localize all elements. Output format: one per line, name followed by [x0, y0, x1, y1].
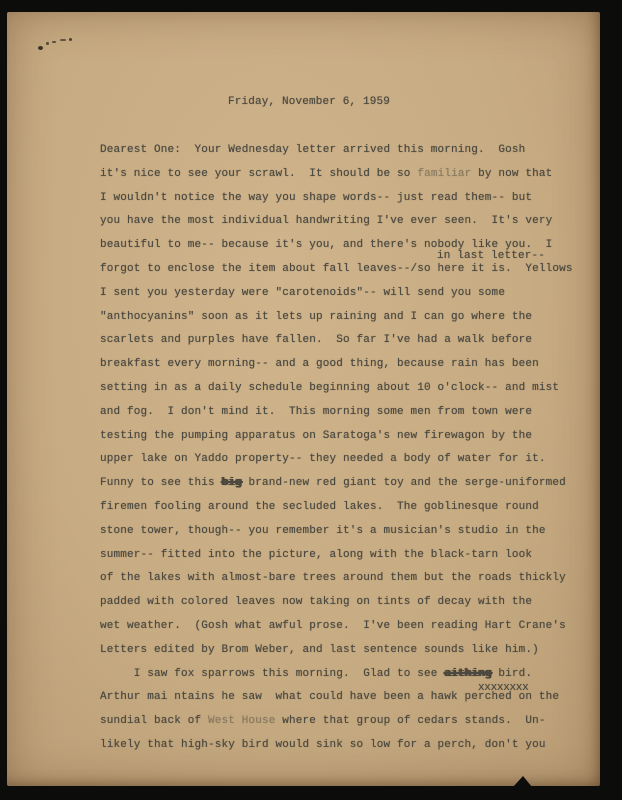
- letter-line: setting in as a daily schedule beginning…: [100, 377, 590, 401]
- letter-line: I wouldn't notice the way you shape word…: [100, 187, 590, 211]
- typed-text: testing the pumping apparatus on Saratog…: [100, 430, 532, 442]
- letter-line: sundial back of West House where that gr…: [100, 710, 590, 734]
- letter-line: testing the pumping apparatus on Saratog…: [100, 425, 590, 449]
- letter-line: Letters edited by Brom Weber, and last s…: [100, 639, 590, 663]
- typed-text: of the lakes with almost-bare trees arou…: [100, 572, 566, 584]
- date-line: Friday, November 6, 1959: [228, 95, 390, 109]
- typed-text: Dearest One: Your Wednesday letter arriv…: [100, 144, 525, 156]
- typed-text: wet weather. (Gosh what awful prose. I'v…: [100, 620, 566, 632]
- interline-insertion: in last letter--: [437, 249, 545, 263]
- typed-text: breakfast every morning-- and a good thi…: [100, 358, 539, 370]
- scan-background: Friday, November 6, 1959 Dearest One: Yo…: [0, 0, 622, 800]
- typed-text: and fog. I don't mind it. This morning s…: [100, 406, 532, 418]
- ink-speck: [52, 41, 56, 43]
- typed-text: bird.: [492, 668, 533, 680]
- letter-line: "anthocyanins" soon as it lets up rainin…: [100, 306, 590, 330]
- letter-line: padded with colored leaves now taking on…: [100, 591, 590, 615]
- ink-speck: [60, 39, 66, 41]
- letter-line: Funny to see this big brand-new red gian…: [100, 472, 590, 496]
- letter-line: I sent you yesterday were "carotenoids"-…: [100, 282, 590, 306]
- typed-text: I wouldn't notice the way you shape word…: [100, 192, 532, 204]
- struck-text: familiar: [417, 168, 471, 180]
- typed-text: Funny to see this: [100, 477, 222, 489]
- typed-crossout: xxxxxxxx: [478, 681, 528, 695]
- typed-text: upper lake on Yaddo property-- they need…: [100, 453, 546, 465]
- letter-line: upper lake on Yaddo property-- they need…: [100, 448, 590, 472]
- paper-tear-notch: [513, 776, 532, 787]
- letter-line: firemen fooling around the secluded lake…: [100, 496, 590, 520]
- ink-speck: [46, 42, 49, 45]
- letter-line: wet weather. (Gosh what awful prose. I'v…: [100, 615, 590, 639]
- typed-text: "anthocyanins" soon as it lets up rainin…: [100, 311, 532, 323]
- typed-text: scarlets and purples have fallen. So far…: [100, 334, 532, 346]
- letter-line: Dearest One: Your Wednesday letter arriv…: [100, 139, 590, 163]
- letter-line: breakfast every morning-- and a good thi…: [100, 353, 590, 377]
- typed-text: summer-- fitted into the picture, along …: [100, 549, 532, 561]
- letter-line: scarlets and purples have fallen. So far…: [100, 329, 590, 353]
- typed-text: setting in as a daily schedule beginning…: [100, 382, 559, 394]
- typed-text: it's nice to see your scrawl. It should …: [100, 168, 417, 180]
- typed-text: you have the most individual handwriting…: [100, 215, 552, 227]
- struck-text: big: [222, 477, 242, 489]
- typed-text: brand-new red giant toy and the serge-un…: [242, 477, 566, 489]
- letter-line: and fog. I don't mind it. This morning s…: [100, 401, 590, 425]
- letter-line: summer-- fitted into the picture, along …: [100, 544, 590, 568]
- typed-text: likely that high-sky bird would sink so …: [100, 739, 546, 751]
- typed-text: I sent you yesterday were "carotenoids"-…: [100, 287, 505, 299]
- letter-line: stone tower, though-- you remember it's …: [100, 520, 590, 544]
- typed-text: I saw fox sparrows this morning. Glad to…: [100, 668, 444, 680]
- letter-line: you have the most individual handwriting…: [100, 210, 590, 234]
- typed-text: sundial back of: [100, 715, 208, 727]
- letter-line: likely that high-sky bird would sink so …: [100, 734, 590, 758]
- typed-text: where that group of cedars stands. Un-: [276, 715, 546, 727]
- letter-line: of the lakes with almost-bare trees arou…: [100, 567, 590, 591]
- typed-text: by now that: [471, 168, 552, 180]
- typed-text: firemen fooling around the secluded lake…: [100, 501, 539, 513]
- struck-text: aithing: [444, 668, 491, 680]
- typed-text: padded with colored leaves now taking on…: [100, 596, 532, 608]
- typed-text: stone tower, though-- you remember it's …: [100, 525, 546, 537]
- typed-text: forgot to enclose the item about fall le…: [100, 263, 573, 275]
- ink-speck: [69, 38, 72, 41]
- letter-line: it's nice to see your scrawl. It should …: [100, 163, 590, 187]
- struck-text: West House: [208, 715, 276, 727]
- ink-speck: [38, 46, 43, 50]
- typed-text: Letters edited by Brom Weber, and last s…: [100, 644, 539, 656]
- letter-body: Dearest One: Your Wednesday letter arriv…: [100, 139, 590, 758]
- letter-paper: Friday, November 6, 1959 Dearest One: Yo…: [7, 12, 600, 786]
